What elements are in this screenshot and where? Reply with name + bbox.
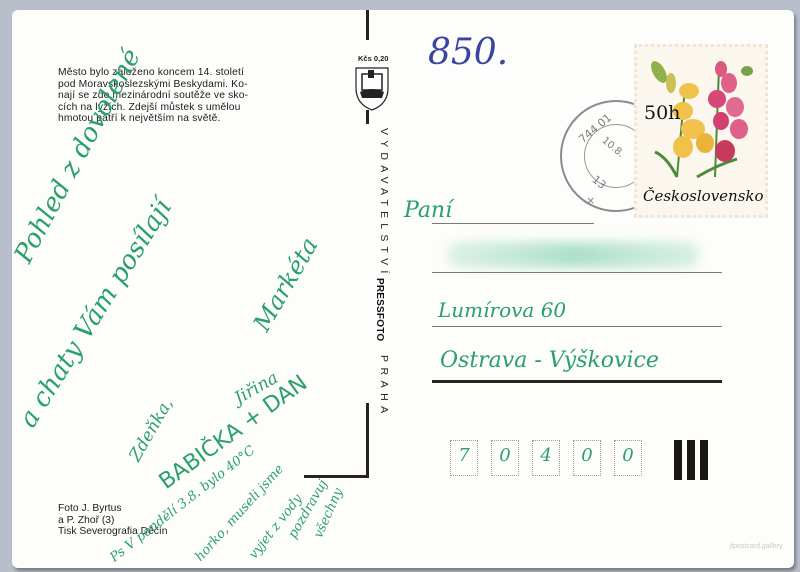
publisher-city: PRAHA <box>378 355 390 419</box>
description-line: nají se zde mezinárodní soutěže ve sko- <box>58 90 248 102</box>
description-line: pod Moravskoslezskými Beskydami. Ko- <box>58 79 248 91</box>
message-line: Markéta <box>248 233 324 336</box>
postal-digit: 4 <box>533 445 559 466</box>
postal-digit: 0 <box>492 445 518 466</box>
handwritten-number: 850. <box>428 32 508 73</box>
stamp-country: Československo <box>643 187 764 205</box>
credit-line: Foto J. Byrtus <box>58 503 168 515</box>
postal-code-box: 0 <box>573 440 601 476</box>
watermark: jlpostcard.gallery <box>730 543 783 550</box>
divider-foot <box>304 475 368 478</box>
postcard-back: Město bylo založeno koncem 14. století p… <box>12 10 794 568</box>
address-line-1 <box>432 223 594 224</box>
redacted-recipient-name <box>448 242 698 268</box>
address-line-4 <box>432 380 722 383</box>
address-street: Lumírova 60 <box>438 298 566 322</box>
postal-bar <box>687 440 695 480</box>
postmark-star-icon: × <box>586 194 595 207</box>
center-divider-segment <box>366 110 369 124</box>
postal-code-box: 4 <box>532 440 560 476</box>
message-line: Zdeňka, <box>125 395 177 465</box>
postage-stamp: 50h Československo <box>634 44 768 218</box>
postal-digit: 0 <box>574 445 600 466</box>
center-divider-top <box>366 10 369 40</box>
description-line: Město bylo založeno koncem 14. století <box>58 67 248 79</box>
publisher-label: VYDAVATELSTVÍ <box>378 128 390 278</box>
postal-digit: 0 <box>615 445 641 466</box>
publisher-brand: PRESSFOTO <box>374 278 385 341</box>
postal-bar <box>674 440 682 480</box>
address-city: Ostrava - Výškovice <box>440 348 659 373</box>
center-divider-bottom <box>366 403 369 478</box>
postal-code-box: 7 <box>450 440 478 476</box>
address-line-3 <box>432 326 722 327</box>
postal-code-box: 0 <box>491 440 519 476</box>
stamp-value: 50h <box>644 102 680 124</box>
emblem-price: Kčs 0,20 <box>358 54 388 63</box>
address-salutation: Paní <box>404 198 452 223</box>
postal-code-box: 0 <box>614 440 642 476</box>
postal-bar <box>700 440 708 480</box>
postal-digit: 7 <box>451 445 477 466</box>
address-line-2 <box>432 272 722 273</box>
